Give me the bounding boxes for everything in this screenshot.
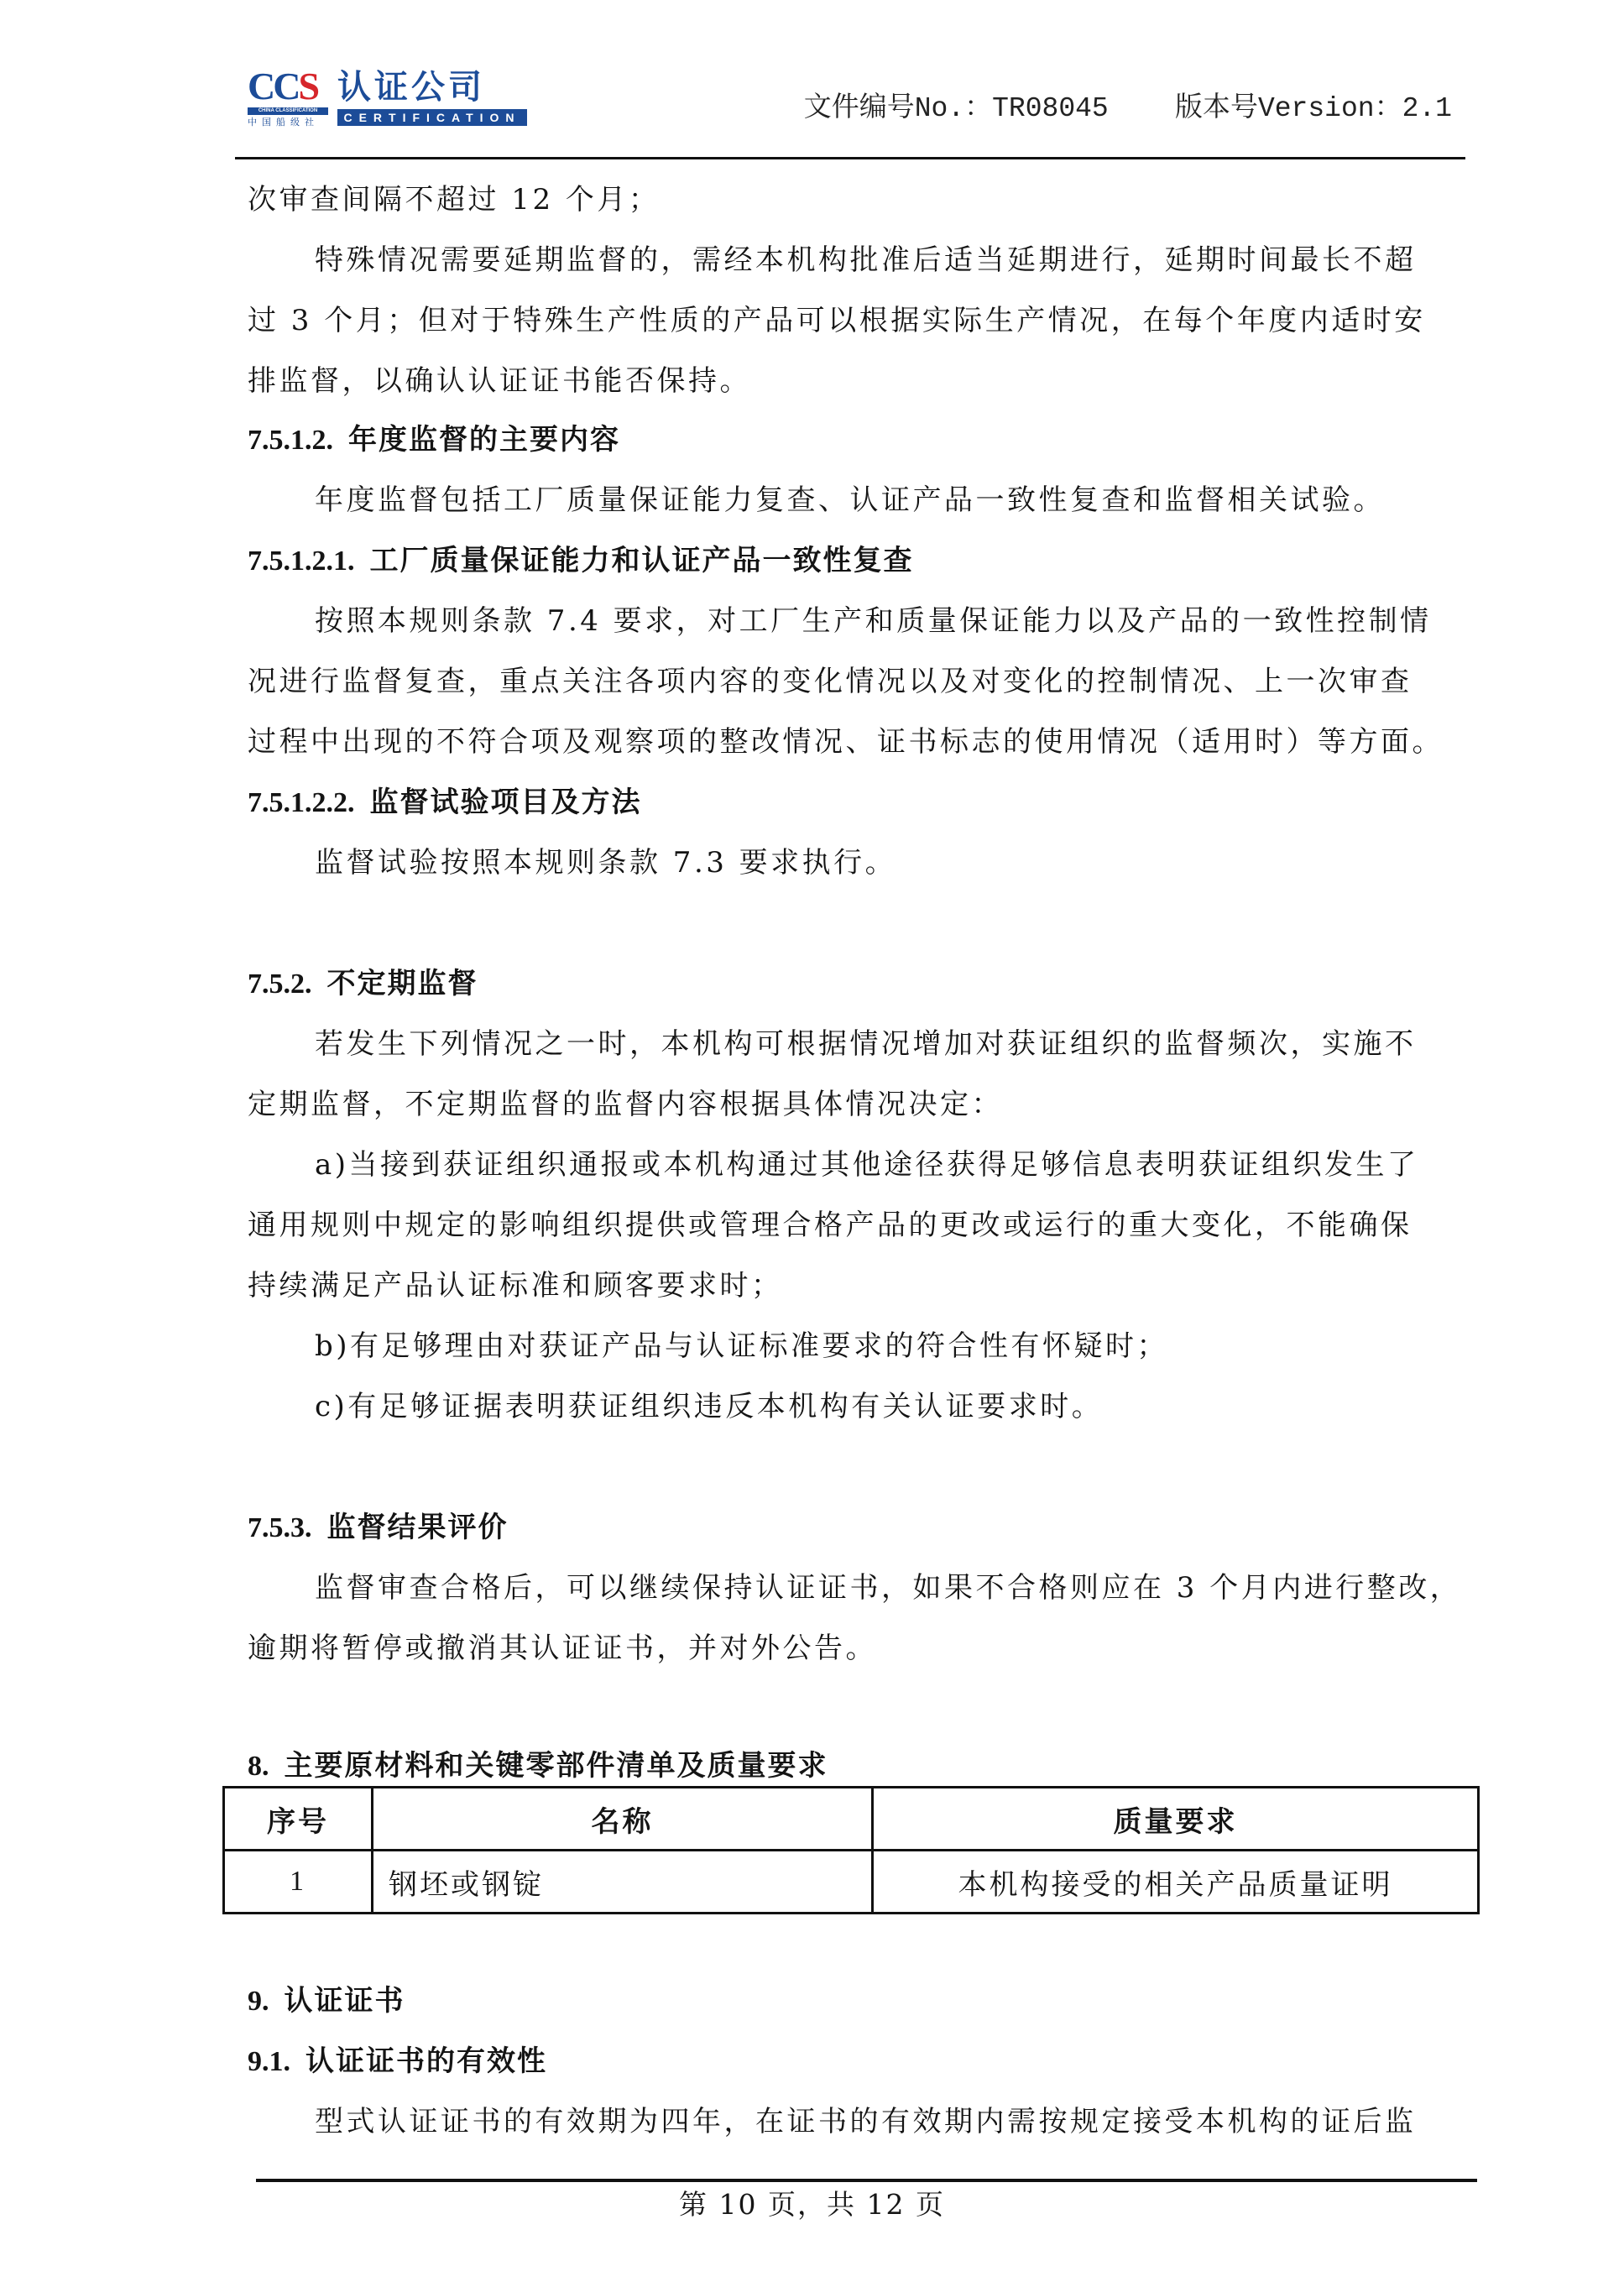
version-label: 版本号Version： [1175,93,1402,124]
col-header-quality: 质量要求 [873,1788,1479,1851]
logo-certification: CERTIFICATION [337,109,527,126]
paragraph-line: 若发生下列情况之一时，本机构可根据情况增加对获证组织的监督频次，实施不 [315,1026,1417,1063]
table-header-row: 序号 名称 质量要求 [224,1788,1479,1851]
paragraph-line: 监督审查合格后，可以继续保持认证证书，如果不合格则应在 3 个月内进行整改， [315,1569,1461,1606]
paragraph-line: 过程中出现的不符合项及观察项的整改情况、证书标志的使用情况（适用时）等方面。 [248,723,1444,760]
logo-company-cn: 认证公司 [337,69,526,106]
paragraph-line: 过 3 个月；但对于特殊生产性质的产品可以根据实际生产情况，在每个年度内适时安 [248,302,1426,339]
paragraph-line: 次审查间隔不超过 12 个月； [248,181,660,218]
paragraph-line: 况进行监督复查，重点关注各项内容的变化情况以及对变化的控制情况、上一次审查 [248,663,1413,700]
section-heading-7-5-1-2: 7.5.1.2.年度监督的主要内容 [248,421,620,459]
section-heading-7-5-3: 7.5.3.监督结果评价 [248,1509,509,1547]
section-heading-7-5-1-2-1: 7.5.1.2.1.工厂质量保证能力和认证产品一致性复查 [248,542,914,580]
cell-name: 钢坯或钢锭 [373,1851,873,1914]
paragraph-line: 排监督，以确认认证证书能否保持。 [248,363,751,399]
company-logo: CCS CHINA CLASSIFICATION SOCIETY 中国船级社 认… [248,67,541,129]
document-meta: 文件编号No.：TR08045 版本号Version：2.1 [804,88,1452,130]
section-heading-9: 9.认证证书 [248,1982,405,2020]
doc-number: TR08045 [992,93,1109,124]
paragraph-line: 定期监督，不定期监督的监督内容根据具体情况决定： [248,1086,1003,1123]
logo-society-cn: 中国船级社 [248,117,328,128]
table-row: 1 钢坯或钢锭 本机构接受的相关产品质量证明 [224,1851,1479,1914]
paragraph-line: 特殊情况需要延期监督的，需经本机构批准后适当延期进行，延期时间最长不超 [315,242,1417,279]
materials-table: 序号 名称 质量要求 1 钢坯或钢锭 本机构接受的相关产品质量证明 [222,1786,1480,1914]
doc-number-label: 文件编号No.： [804,93,992,124]
ccs-logo-mark: CCS [248,67,328,106]
cell-quality: 本机构接受的相关产品质量证明 [873,1851,1479,1914]
paragraph-line: 持续满足产品认证标准和顾客要求时； [248,1267,783,1304]
paragraph-line: 年度监督包括工厂质量保证能力复查、认证产品一致性复查和监督相关试验。 [315,482,1385,519]
section-heading-8: 8.主要原材料和关键零部件清单及质量要求 [248,1747,828,1785]
paragraph-line: 型式认证证书的有效期为四年，在证书的有效期内需按规定接受本机构的证后监 [315,2103,1417,2140]
list-item-c: c)有足够证据表明获证组织违反本机构有关认证要求时。 [315,1388,1103,1425]
section-heading-9-1: 9.1.认证证书的有效性 [248,2043,547,2081]
paragraph-line: 按照本规则条款 7.4 要求，对工厂生产和质量保证能力以及产品的一致性控制情 [315,603,1432,640]
col-header-name: 名称 [373,1788,873,1851]
section-heading-7-5-1-2-2: 7.5.1.2.2.监督试验项目及方法 [248,784,642,822]
header-divider [235,157,1465,159]
paragraph-line: 逾期将暂停或撤消其认证证书，并对外公告。 [248,1630,877,1667]
page-number: 第 10 页，共 12 页 [0,2186,1624,2223]
version-number: 2.1 [1402,93,1452,124]
paragraph-line: 通用规则中规定的影响组织提供或管理合格产品的更改或运行的重大变化，不能确保 [248,1207,1413,1244]
list-item-b: b)有足够理由对获证产品与认证标准要求的符合性有怀疑时； [315,1328,1168,1365]
footer-divider [256,2179,1477,2182]
list-item-a: a)当接到获证组织通报或本机构通过其他途径获得足够信息表明获证组织发生了 [315,1146,1419,1183]
col-header-index: 序号 [224,1788,373,1851]
cell-index: 1 [224,1851,373,1914]
paragraph-line: 监督试验按照本规则条款 7.3 要求执行。 [315,844,896,881]
logo-society-en: CHINA CLASSIFICATION SOCIETY [248,107,328,115]
section-heading-7-5-2: 7.5.2.不定期监督 [248,965,478,1003]
